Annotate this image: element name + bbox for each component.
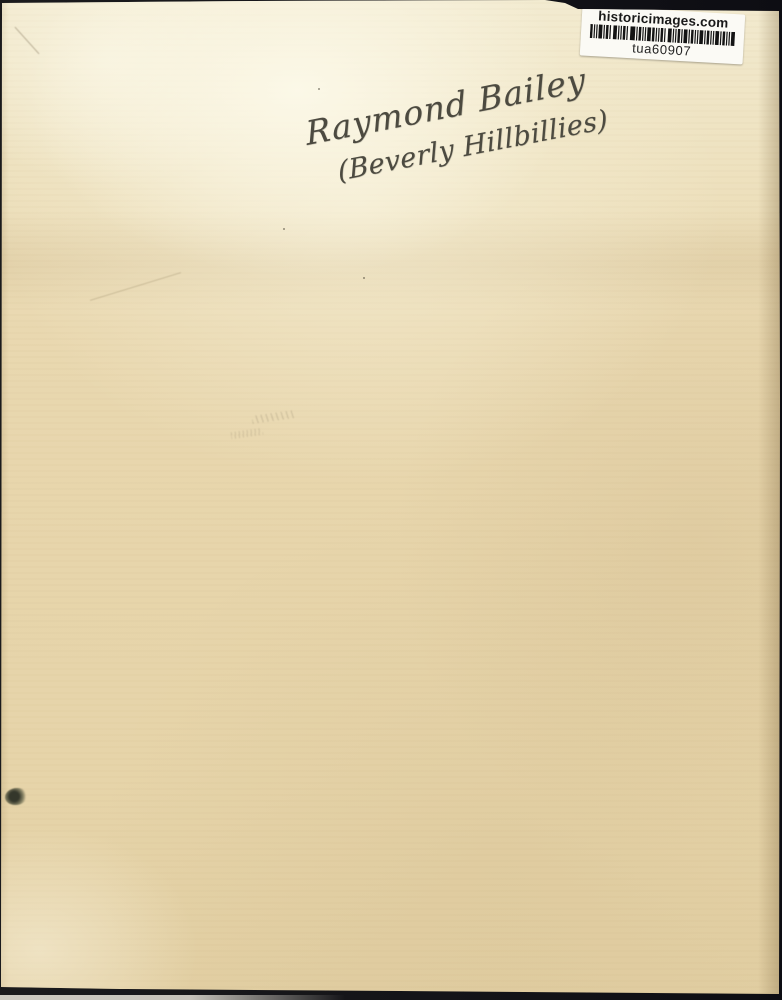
faint-pencil-marks xyxy=(231,428,264,439)
paper-scratch xyxy=(15,27,40,54)
dust-speck xyxy=(318,88,320,90)
ink-smudge xyxy=(5,788,27,805)
scan-edge-highlight xyxy=(0,995,345,1000)
dust-speck xyxy=(363,277,365,279)
faint-pencil-marks xyxy=(252,410,295,424)
photo-back-paper: Raymond Bailey (Beverly Hillbillies) his… xyxy=(0,0,782,1000)
paper-scratch xyxy=(90,272,181,301)
inventory-sticker: historicimages.com tua60907 xyxy=(580,5,746,64)
sticker-code-text: tua60907 xyxy=(632,41,692,58)
handwritten-annotation: Raymond Bailey (Beverly Hillbillies) xyxy=(294,47,656,195)
dust-speck xyxy=(283,228,285,230)
scanner-background: Raymond Bailey (Beverly Hillbillies) his… xyxy=(0,0,782,1000)
